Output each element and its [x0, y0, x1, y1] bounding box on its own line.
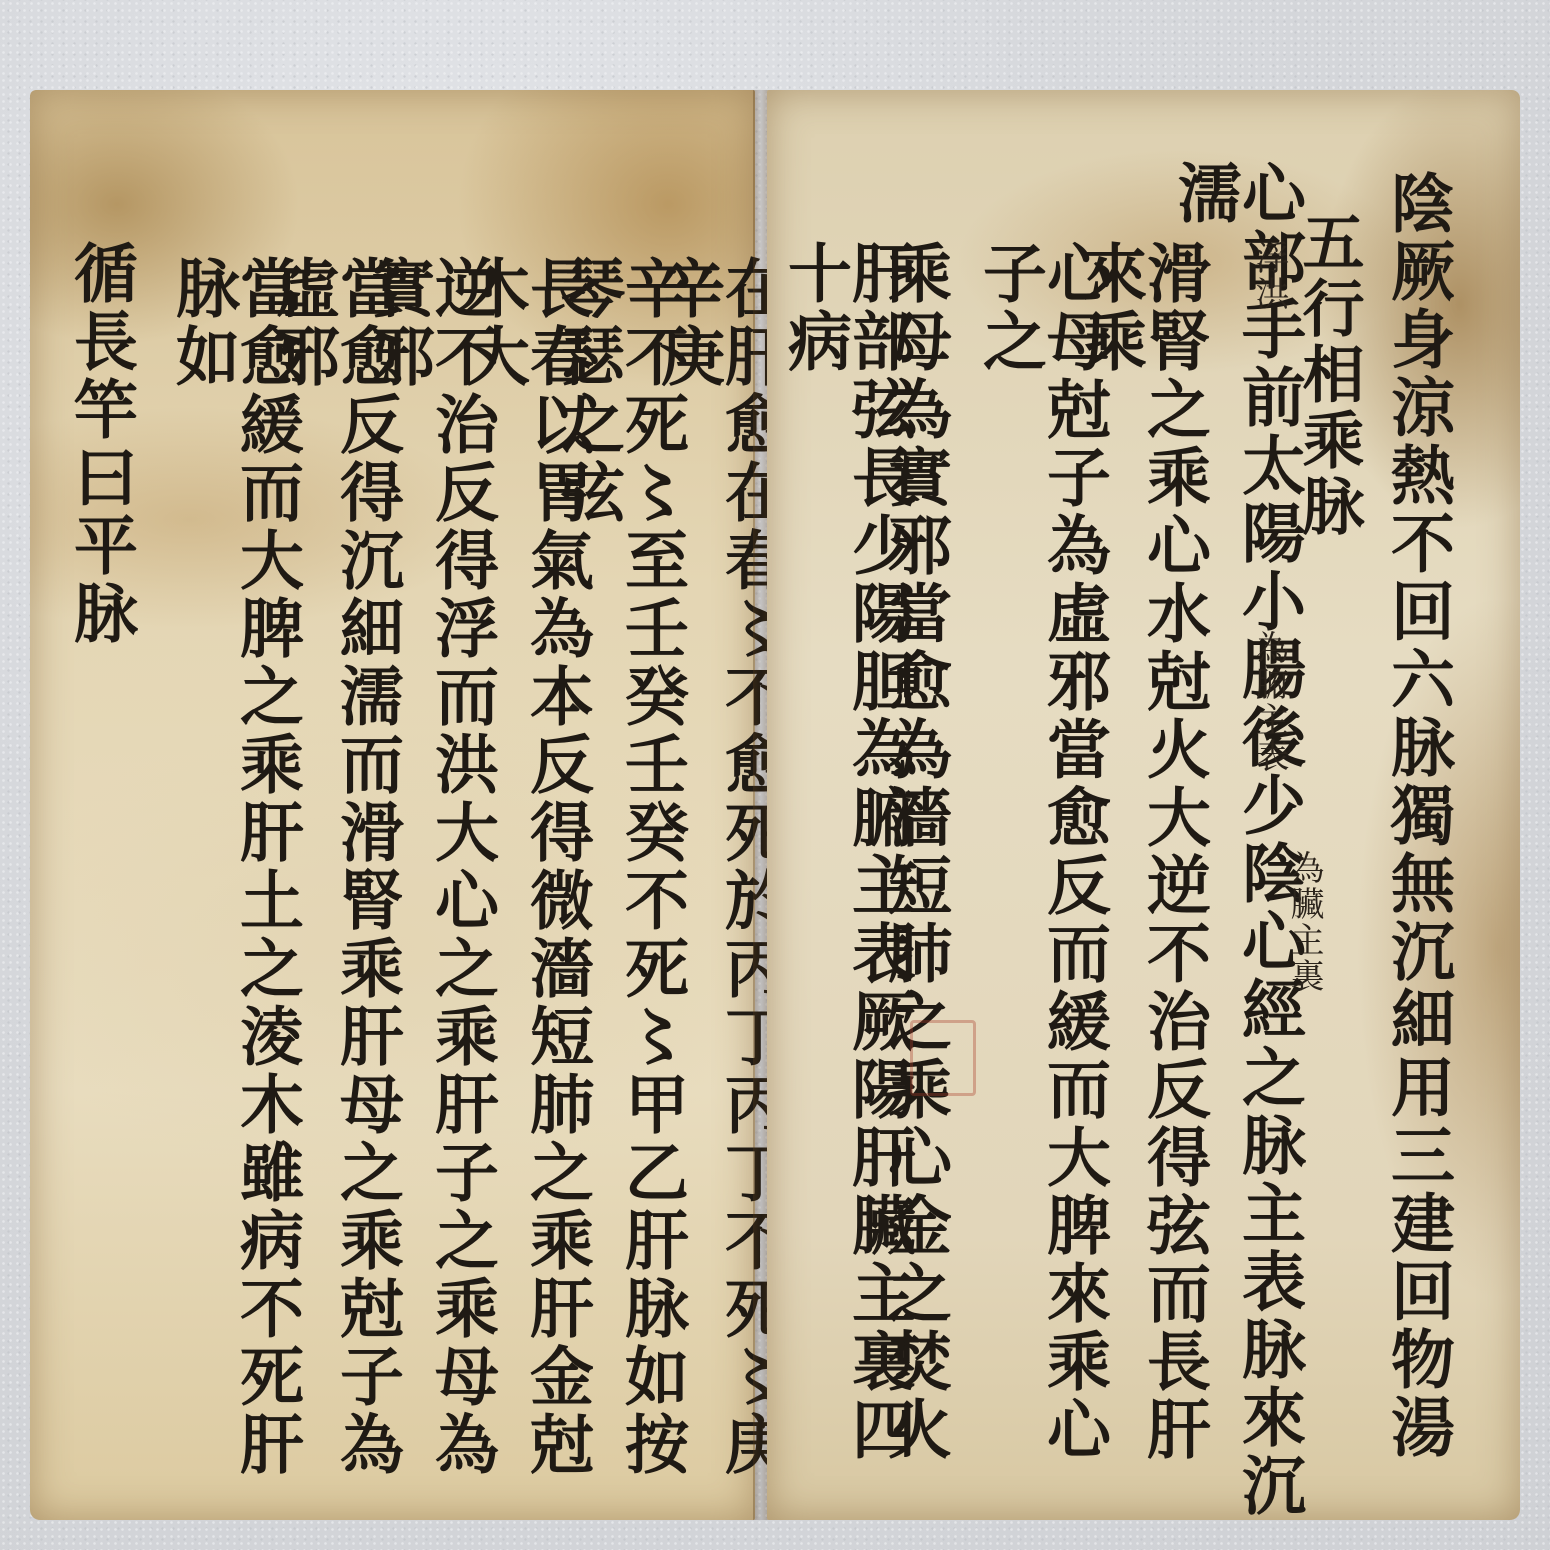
annotation-fu-hong: 浮洪 [1252, 240, 1286, 312]
section-heading: 五行相乘脉 [1297, 210, 1359, 540]
right-col-7: 肝部弦長少陽胆為腑主表厥陽肝臟主裏四十病 [782, 240, 910, 1520]
annotation-fu-biao: 為腑主表 [1252, 630, 1286, 774]
faded-seal-stamp [910, 1020, 976, 1096]
left-col-6: 當愈緩而大脾之乘肝土之淩木雖病不死肝脉如 [170, 255, 298, 1520]
right-col-1: 陰厥身涼熱不回六脉獨無沉細用三建回物湯 [1385, 170, 1449, 1462]
right-page: 陰厥身涼熱不回六脉獨無沉細用三建回物湯 五行相乘脉 心部手前太陽小腸後少陰心經之… [767, 90, 1520, 1520]
open-book: 在肝愈在春〻不愈死於丙丁丙丁不死〻庚辛庚 辛不死〻至壬癸壬癸不死〻甲乙肝脉如按琴… [30, 90, 1520, 1520]
annotation-zang-li: 為臟主裏 [1287, 850, 1321, 994]
right-col-5: 心母尅子為虛邪當愈反而緩而大脾來乘心子之 [977, 240, 1105, 1520]
left-col-7: 循長竿曰平脉 [68, 240, 132, 648]
left-page: 在肝愈在春〻不愈死於丙丁丙丁不死〻庚辛庚 辛不死〻至壬癸壬癸不死〻甲乙肝脉如按琴… [30, 90, 755, 1520]
